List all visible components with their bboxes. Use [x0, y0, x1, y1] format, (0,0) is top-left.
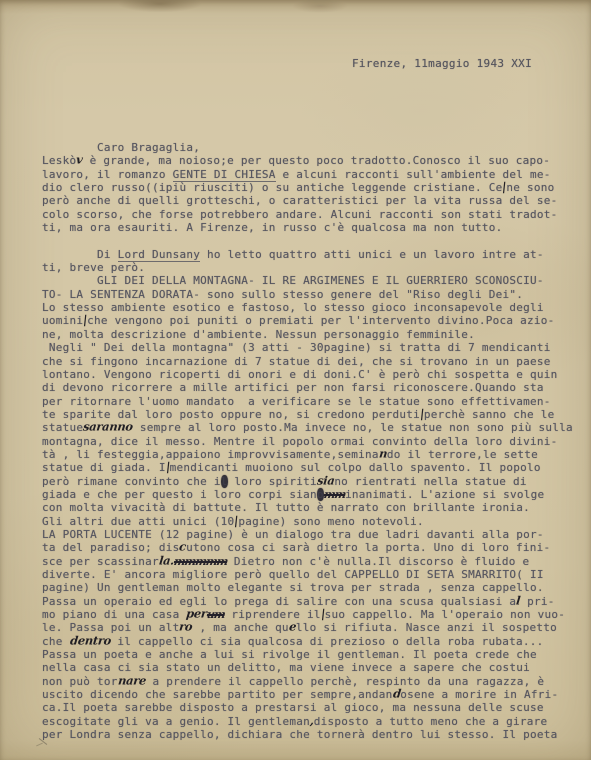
letter-line: escogitate gli va a genio. Il gentleman,…	[42, 715, 572, 728]
letter-line: pagine) Un gentleman molto elegante si t…	[42, 581, 572, 594]
letter-line: TO- LA SENTENZA DORATA- sono sullo stess…	[42, 288, 572, 301]
typed-text: che vengono poi puniti o premiati per l'…	[87, 314, 554, 327]
typed-text: llo si rifiuta. Nasce anzi il sospetto	[296, 621, 557, 634]
typed-text: dio clero russo((ipiù riusciti) o su ant…	[42, 181, 502, 194]
typed-text: tà , li festeggia,appaiono improvvisamen…	[42, 448, 379, 461]
letter-line: però anche di quelli grotteschi, o carat…	[42, 194, 572, 207]
handwritten-correction: saranno	[83, 421, 134, 434]
typed-text: ti, breve però.	[42, 261, 145, 274]
typed-text: loro spiriti	[228, 475, 317, 488]
letter-line: ta del paradiso; discutono cosa ci sarà …	[42, 541, 572, 554]
typed-text: disposto a tutto meno che a girare	[314, 715, 548, 728]
letter-line: di devono ricorrere a mille artifici per…	[42, 381, 572, 394]
typed-text: TO- LA SENTENZA DORATA- sono sullo stess…	[42, 288, 523, 301]
typed-text: lavoro, il romanzo	[42, 168, 173, 181]
letter-line: però rimane convinto che il loro spiriti…	[42, 475, 572, 488]
handwritten-correction: la.	[158, 554, 174, 567]
typed-text: statue di giada. I	[42, 461, 166, 474]
typed-text: escogitate gli va a genio. Il gentleman	[42, 715, 310, 728]
typed-text: mendicanti muoiono sul colpo dallo spave…	[170, 461, 541, 474]
typed-text: ta del paradiso; dis	[42, 541, 179, 554]
typed-text: sce per scassinar	[42, 555, 159, 568]
typed-text: , ma anche qu	[193, 621, 289, 634]
typed-text: riprendere il	[225, 608, 321, 621]
typed-text: con molta vivacità di battute. Il tutto …	[42, 501, 530, 514]
typed-text: ne, molta descrizione d'ambiente. Nessun…	[42, 328, 475, 341]
letter-line	[42, 234, 572, 247]
underlined-text: GENTE DI CHIESA	[173, 168, 276, 182]
typed-text: giada e che per questo i loro corpi sian	[42, 488, 317, 501]
scribbled-out-word: um	[206, 608, 226, 621]
letter-line: lontano. Vengono ricoperti di onori e di…	[42, 368, 572, 381]
typed-text: diverte. E' ancora migliore però quello …	[42, 568, 544, 581]
letter-line: le. Passa poi un altro , ma anche quello…	[42, 621, 572, 634]
letter-line: colo scorso, che forse potrebbero andare…	[42, 208, 572, 221]
handwritten-correction: d	[392, 688, 401, 701]
handwritten-correction: ro	[179, 621, 194, 634]
typed-text: do il terrore,le sette	[387, 448, 538, 461]
letter-line: montagna, dice il messo. Mentre il popol…	[42, 435, 572, 448]
ink-blot: l	[221, 475, 228, 488]
typed-text: per Londra senza cappello, dichiara che …	[42, 728, 557, 741]
letter-line: Caro Bragaglia,	[42, 141, 572, 154]
typed-text: sempre al loro posto.Ma invece no, le st…	[133, 421, 573, 434]
letter-line: Negli " Dei della montagna" (3 atti - 30…	[42, 341, 572, 354]
letter-line: per ritornare l'uomo mandato a verificar…	[42, 395, 572, 408]
typed-text: perchè sanno che le	[424, 408, 555, 421]
typed-text: osene a morire in Afri-	[400, 688, 558, 701]
typed-text: Passa un poeta e anche a lui si rivolge …	[42, 648, 537, 661]
letter-line: ti, ma ora esauriti. A Firenze, in russo…	[42, 221, 572, 234]
letter-line: statue di giada. I|mendicanti muoiono su…	[42, 461, 572, 474]
typed-text: uomini	[42, 314, 83, 327]
typed-text: Negli " Dei della montagna" (3 atti - 30…	[42, 341, 551, 354]
handwritten-correction: nare	[117, 674, 146, 687]
typed-text: montagna, dice il messo. Mentre il popol…	[42, 435, 557, 448]
letter-line: ne, molta descrizione d'ambiente. Nessun…	[42, 328, 572, 341]
typed-text: mo piano di una casa	[42, 608, 186, 621]
letter-line: giada e che per questo i loro corpi sian…	[42, 488, 572, 501]
typed-text: il cappello ci sia qualcosa di prezioso …	[110, 635, 543, 648]
letter-line: lavoro, il romanzo GENTE DI CHIESA e alc…	[42, 168, 572, 181]
typed-text: suo cappello. Ma l'operaio non vuo-	[325, 608, 566, 621]
typed-text: per ritornare l'uomo mandato a verificar…	[42, 395, 551, 408]
letter-line: Di Lord Dunsany ho letto quattro atti un…	[42, 248, 572, 261]
typed-text: utono cosa ci sarà dietro la porta. Uno …	[186, 541, 550, 554]
typed-text: Di	[42, 248, 118, 261]
letter-line: ca.Il poeta sarebbe disposto a prestarsi…	[42, 701, 572, 714]
typed-text: che	[42, 635, 70, 648]
typed-text: a prendere il cappello perchè, respinto …	[146, 675, 545, 688]
typed-text: pri-	[520, 595, 554, 608]
typed-text: colo scorso, che forse potrebbero andare…	[42, 208, 557, 221]
letter-line: tà , li festeggia,appaiono improvvisamen…	[42, 448, 572, 461]
letter-line: che si fingono incarnazione di 7 statue …	[42, 355, 572, 368]
typed-text: GLI DEI DELLA MONTAGNA- IL RE ARGIMENES …	[42, 274, 544, 287]
pencil-mark	[36, 740, 48, 750]
typed-text: Lo stesso ambiente esotico e fastoso, lo…	[42, 301, 544, 314]
typed-text: ti, ma ora esauriti. A Firenze, in russo…	[42, 221, 502, 234]
letter-dateline: Firenze, 11maggio 1943 XXI	[352, 57, 532, 70]
typed-text: Leskò	[42, 154, 76, 167]
typed-text: pagine) Un gentleman molto elegante si t…	[42, 581, 544, 594]
letter-line: Passa un operaio ed egli lo prega di sal…	[42, 595, 572, 608]
typed-text: però anche di quelli grotteschi, o carat…	[42, 194, 557, 207]
typed-text: ca.Il poeta sarebbe disposto a prestarsi…	[42, 701, 544, 714]
typed-text: non può tor	[42, 675, 118, 688]
letter-line: Leskòv è grande, ma noioso;e per questo …	[42, 154, 572, 167]
letter-line: ti, breve però.	[42, 261, 572, 274]
letter-line: che dentro il cappello ci sia qualcosa d…	[42, 635, 572, 648]
typed-text: LA PORTA LUCENTE (12 pagine) è un dialog…	[42, 528, 544, 541]
scribbled-out-word: mmmmm	[173, 555, 229, 568]
typed-text: uscito dicendo che sarebbe partito per s…	[42, 688, 393, 701]
typed-text: statue	[42, 421, 83, 434]
letter-line: dio clero russo((ipiù riusciti) o su ant…	[42, 181, 572, 194]
typed-text: Dietro non c'è nulla.Il discorso è fluid…	[227, 555, 529, 568]
typed-text: Gli altri due atti unici (10	[42, 515, 234, 528]
typed-text: Caro Bragaglia,	[42, 141, 200, 154]
underlined-text: Lord Dunsany	[118, 248, 200, 262]
letter-body: Caro Bragaglia,Leskòv è grande, ma noios…	[42, 141, 572, 741]
typed-text: ho letto quattro atti unici e un lavoro …	[200, 248, 544, 261]
letter-line: LA PORTA LUCENTE (12 pagine) è un dialog…	[42, 528, 572, 541]
letter-line: Lo stesso ambiente esotico e fastoso, lo…	[42, 301, 572, 314]
typed-text: e alcuni racconti sull'ambiente del me-	[276, 168, 551, 181]
letter-line: Passa un poeta e anche a lui si rivolge …	[42, 648, 572, 661]
letter-line: GLI DEI DELLA MONTAGNA- IL RE ARGIMENES …	[42, 274, 572, 287]
typed-text: è grande, ma noioso;e per questo poco tr…	[83, 154, 550, 167]
handwritten-correction: n	[378, 447, 387, 460]
letter-line: per Londra senza cappello, dichiara che …	[42, 728, 572, 741]
typed-text: Passa un operaio ed egli lo prega di sal…	[42, 595, 516, 608]
letter-line: diverte. E' ancora migliore però quello …	[42, 568, 572, 581]
letter-paper: Firenze, 11maggio 1943 XXI Caro Bragagli…	[0, 0, 591, 760]
letter-line: con molta vivacità di battute. Il tutto …	[42, 501, 572, 514]
letter-line: Gli altri due atti unici (10|pagine) son…	[42, 515, 572, 528]
letter-line: sce per scassinarla.mmmmm Dietro non c'è…	[42, 555, 572, 568]
typed-text: ne sono	[506, 181, 554, 194]
letter-line: non può tornare a prendere il cappello p…	[42, 675, 572, 688]
letter-line: mo piano di una casa perum riprendere il…	[42, 608, 572, 621]
letter-line: uscito dicendo che sarebbe partito per s…	[42, 688, 572, 701]
typed-text: inanimati. L'azione si svolge	[345, 488, 544, 501]
scribbled-out-word: mm	[323, 488, 347, 501]
handwritten-correction: sia	[316, 474, 335, 487]
typed-text: che si fingono incarnazione di 7 statue …	[42, 355, 551, 368]
typed-text: no rientrati nella statue di	[334, 475, 526, 488]
typed-text: però rimane convinto che i	[42, 475, 221, 488]
handwritten-correction: e	[288, 621, 296, 634]
typed-text: nella casa ci sia stato un delitto, ma v…	[42, 661, 530, 674]
typed-text: lontano. Vengono ricoperti di onori e di…	[42, 368, 557, 381]
typed-text: di devono ricorrere a mille artifici per…	[42, 381, 544, 394]
typed-text: le. Passa poi un alt	[42, 621, 179, 634]
typed-text: pagine) sono meno notevoli.	[238, 515, 424, 528]
letter-line: statuesaranno sempre al loro posto.Ma in…	[42, 421, 572, 434]
handwritten-correction: dentro	[69, 634, 111, 647]
letter-line: uomini|che vengono poi puniti o premiati…	[42, 314, 572, 327]
